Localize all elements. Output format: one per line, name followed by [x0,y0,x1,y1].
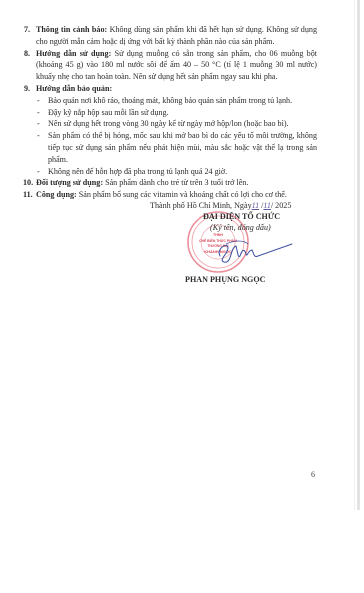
section-warning: 7. Thông tin cảnh báo: Không dùng sản ph… [24,24,317,48]
storage-bullet: - Đậy kỹ nắp hộp sau mỗi lần sử dụng. [24,107,317,119]
storage-bullet: - Bảo quản nơi khô ráo, thoáng mát, khôn… [24,95,317,107]
signature-icon [214,234,294,266]
signing-date: Thành phố Hồ Chí Minh, Ngày11 /11/ 2025 [150,200,291,211]
section-title: Thông tin cảnh báo: [36,25,107,34]
storage-bullet: - Sản phẩm có thể bị hỏng, mốc sau khi m… [24,130,317,165]
sign-seal-note: (Ký tên, đóng dấu) [210,222,271,233]
section-number: 8. [24,48,30,60]
dash-bullet-icon: - [37,118,40,130]
section-text: Sản phẩm dành cho trẻ từ trên 3 tuổi trở… [103,178,248,187]
document-body: 7. Thông tin cảnh báo: Không dùng sản ph… [24,24,317,201]
signer-name: PHAN PHỤNG NGỌC [185,274,265,285]
date-prefix: Thành phố Hồ Chí Minh, Ngày [150,201,252,210]
section-number: 7. [24,24,30,36]
section-title: Đối tượng sử dụng: [36,178,103,187]
section-text: Sản phẩm bổ sung các vitamin và khoáng c… [77,190,287,199]
date-year: / 2025 [271,201,291,210]
storage-bullet: - Nên sử dụng hết trong vòng 30 ngày kể … [24,118,317,130]
storage-bullet: - Không nên để hỗn hợp đã pha trong tủ l… [24,166,317,178]
section-number: 10. [23,177,33,189]
section-number: 11. [23,189,33,201]
section-target-users: 10. Đối tượng sử dụng: Sản phẩm dành cho… [24,177,317,189]
dash-bullet-icon: - [37,107,40,119]
bullet-text: Bảo quản nơi khô ráo, thoáng mát, không … [48,96,292,105]
bullet-text: Không nên để hỗn hợp đã pha trong tủ lạn… [48,167,227,176]
date-month: 11 [263,201,271,210]
section-title: Công dụng: [36,190,77,199]
section-number: 9. [24,83,30,95]
representative-title: ĐẠI DIỆN TỔ CHỨC [203,211,280,222]
section-title: Hướng dẫn sử dụng: [36,49,111,58]
dash-bullet-icon: - [37,95,40,107]
bullet-text: Sản phẩm có thể bị hỏng, mốc sau khi mở … [48,131,317,164]
section-storage-instructions: 9. Hướng dẫn bảo quản: [24,83,317,95]
document-page: 7. Thông tin cảnh báo: Không dùng sản ph… [0,0,356,593]
section-title: Hướng dẫn bảo quản: [36,84,112,93]
page-shadow-divider [354,0,355,510]
page-number: 6 [311,470,315,479]
bullet-text: Nên sử dụng hết trong vòng 30 ngày kể từ… [48,119,289,128]
dash-bullet-icon: - [37,166,40,178]
bullet-text: Đậy kỹ nắp hộp sau mỗi lần sử dụng. [48,108,169,117]
section-usage-instructions: 8. Hướng dẫn sử dụng: Sử dụng muỗng có s… [24,48,317,83]
dash-bullet-icon: - [37,130,40,142]
scrollbar-track[interactable] [357,0,360,510]
date-day: 11 [252,201,260,210]
